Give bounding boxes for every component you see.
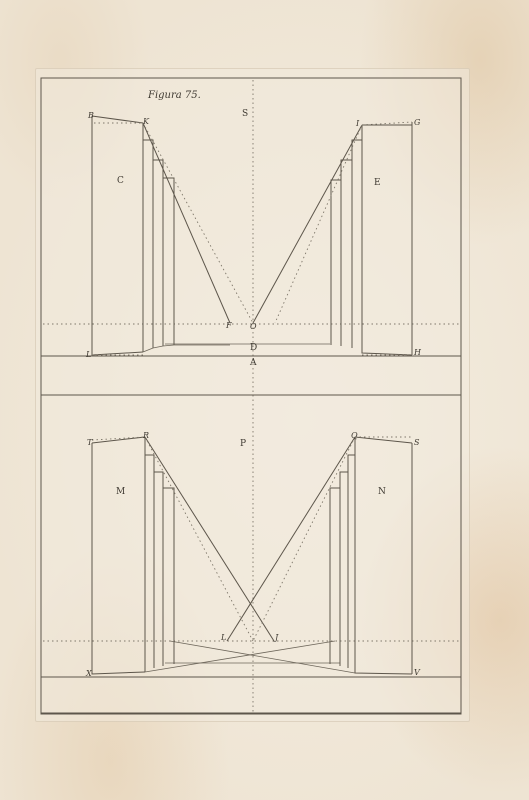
label-F: F (225, 321, 232, 330)
label-X: X (85, 669, 92, 678)
label-V: V (414, 668, 421, 677)
label-L: L (85, 350, 91, 359)
label-I: I (355, 119, 360, 128)
label-C: C (117, 176, 124, 186)
label-B: B (87, 111, 94, 120)
label-S: S (242, 109, 248, 119)
label-S-lower: S (414, 438, 420, 447)
label-K: K (142, 117, 150, 126)
label-E: E (374, 178, 381, 188)
label-O: O (250, 322, 257, 331)
page: Figura 75. S C E B K I G F O D A L H (0, 0, 529, 800)
label-D: D (250, 343, 257, 353)
perspective-diagram: Figura 75. S C E B K I G F O D A L H (0, 0, 529, 800)
label-M: M (116, 487, 125, 497)
label-T: T (87, 438, 93, 447)
upper-figure: Figura 75. S C E B K I G F O D A L H (41, 90, 461, 395)
label-L-lower: L (220, 633, 226, 642)
figure-title: Figura 75. (147, 90, 201, 101)
label-R: R (142, 431, 149, 440)
lower-figure: P M N L J R T Q S X V (41, 431, 461, 713)
plate-frame (41, 78, 461, 714)
label-Q: Q (351, 431, 358, 440)
label-N: N (378, 487, 386, 497)
label-P: P (240, 439, 246, 449)
label-G: G (414, 118, 421, 127)
label-A: A (249, 358, 257, 368)
label-H: H (413, 348, 422, 357)
